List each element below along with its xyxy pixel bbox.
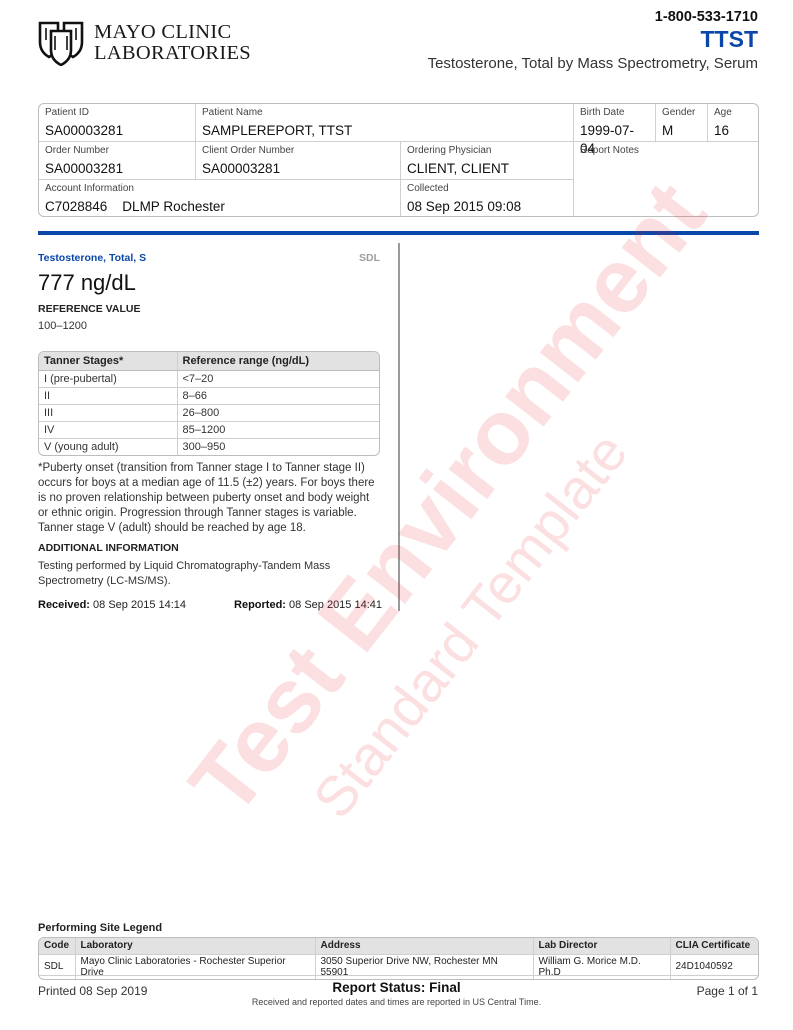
ordering-physician-label: Ordering Physician — [407, 144, 567, 157]
legend-header-clia: CLIA Certificate — [670, 938, 758, 954]
gender-cell: Gender M — [656, 104, 708, 142]
report-notes-cell: Report Notes — [574, 142, 759, 217]
puberty-footnote: *Puberty onset (transition from Tanner s… — [38, 461, 380, 536]
report-notes-label: Report Notes — [580, 144, 754, 157]
result-title: Testosterone, Total, S — [38, 251, 146, 265]
patient-id-cell: Patient ID SA00003281 — [39, 104, 196, 142]
report-header: 1-800-533-1710 TTST Testosterone, Total … — [428, 8, 758, 74]
account-information-value: C7028846 DLMP Rochester — [45, 198, 394, 216]
order-number-label: Order Number — [45, 144, 189, 157]
tanner-range: <7–20 — [177, 370, 379, 387]
reference-value-label: REFERENCE VALUE — [38, 302, 380, 316]
tanner-header-range: Reference range (ng/dL) — [177, 352, 379, 370]
column-divider — [398, 243, 400, 611]
received-value: 08 Sep 2015 14:14 — [90, 599, 186, 611]
table-row: I (pre-pubertal) <7–20 — [39, 370, 379, 387]
additional-information-label: ADDITIONAL INFORMATION — [38, 541, 380, 555]
tanner-stage: V (young adult) — [39, 438, 177, 455]
tanner-range: 300–950 — [177, 438, 379, 455]
reported-value: 08 Sep 2015 14:41 — [286, 599, 382, 611]
legend-header-laboratory: Laboratory — [75, 938, 315, 954]
age-value: 16 — [714, 122, 754, 140]
logo-line-2: LABORATORIES — [94, 43, 251, 64]
table-row: IV 85–1200 — [39, 421, 379, 438]
birth-date-cell: Birth Date 1999-07-04 — [574, 104, 656, 142]
collected-label: Collected — [407, 182, 567, 195]
result-section: Testosterone, Total, S SDL 777 ng/dL REF… — [38, 251, 380, 611]
logo-line-1: MAYO CLINIC — [94, 22, 251, 43]
reported-date: Reported: 08 Sep 2015 14:41 — [234, 599, 382, 611]
legend-header-lab-director: Lab Director — [533, 938, 670, 954]
order-number-value: SA00003281 — [45, 160, 189, 178]
table-row: V (young adult) 300–950 — [39, 438, 379, 455]
tanner-range: 8–66 — [177, 387, 379, 404]
table-row: II 8–66 — [39, 387, 379, 404]
performing-site-code: SDL — [359, 251, 380, 265]
legend-header-address: Address — [315, 938, 533, 954]
account-information-label: Account Information — [45, 182, 394, 195]
ordering-physician-value: CLIENT, CLIENT — [407, 160, 567, 178]
tanner-stage: III — [39, 404, 177, 421]
ordering-physician-cell: Ordering Physician CLIENT, CLIENT — [401, 142, 574, 180]
age-cell: Age 16 — [708, 104, 759, 142]
report-status-text: Report Status: Final — [0, 980, 793, 996]
account-information-cell: Account Information C7028846 DLMP Roches… — [39, 180, 401, 217]
tanner-range: 26–800 — [177, 404, 379, 421]
collected-value: 08 Sep 2015 09:08 — [407, 198, 567, 216]
received-date: Received: 08 Sep 2015 14:14 — [38, 599, 186, 611]
patient-info-box: Patient ID SA00003281 Patient Name SAMPL… — [38, 103, 759, 217]
order-number-cell: Order Number SA00003281 — [39, 142, 196, 180]
section-divider — [38, 231, 759, 235]
legend-header-code: Code — [39, 938, 75, 954]
result-value: 777 ng/dL — [38, 269, 380, 297]
performing-site-legend-title: Performing Site Legend — [38, 922, 162, 934]
reference-value: 100–1200 — [38, 319, 380, 333]
phone-number: 1-800-533-1710 — [428, 8, 758, 26]
collected-cell: Collected 08 Sep 2015 09:08 — [401, 180, 574, 217]
tanner-stages-table: Tanner Stages* Reference range (ng/dL) I… — [38, 351, 380, 456]
tanner-stage: IV — [39, 421, 177, 438]
mayo-clinic-logo: MAYO CLINIC LABORATORIES — [38, 20, 251, 66]
patient-id-label: Patient ID — [45, 106, 189, 119]
patient-name-label: Patient Name — [202, 106, 567, 119]
tanner-stage: I (pre-pubertal) — [39, 370, 177, 387]
client-order-number-cell: Client Order Number SA00003281 — [196, 142, 401, 180]
additional-information-text: Testing performed by Liquid Chromatograp… — [38, 559, 380, 588]
reported-label: Reported: — [234, 599, 286, 611]
patient-id-value: SA00003281 — [45, 122, 189, 140]
patient-name-cell: Patient Name SAMPLEREPORT, TTST — [196, 104, 574, 142]
tanner-range: 85–1200 — [177, 421, 379, 438]
report-status-note: Received and reported dates and times ar… — [0, 996, 793, 1008]
patient-name-value: SAMPLEREPORT, TTST — [202, 122, 567, 140]
gender-label: Gender — [662, 106, 701, 119]
performing-site-legend-table: Code Laboratory Address Lab Director CLI… — [38, 937, 759, 980]
client-order-number-value: SA00003281 — [202, 160, 394, 178]
footer-divider — [38, 975, 759, 976]
birth-date-label: Birth Date — [580, 106, 649, 119]
gender-value: M — [662, 122, 701, 140]
test-code: TTST — [428, 26, 758, 52]
tanner-stage: II — [39, 387, 177, 404]
test-name: Testosterone, Total by Mass Spectrometry… — [428, 54, 758, 74]
client-order-number-label: Client Order Number — [202, 144, 394, 157]
received-label: Received: — [38, 599, 90, 611]
report-status: Report Status: Final Received and report… — [0, 980, 793, 1008]
tanner-header-stage: Tanner Stages* — [39, 352, 177, 370]
page-number: Page 1 of 1 — [697, 984, 758, 998]
table-row: III 26–800 — [39, 404, 379, 421]
age-label: Age — [714, 106, 754, 119]
received-reported-dates: Received: 08 Sep 2015 14:14 Reported: 08… — [38, 599, 382, 611]
mayo-shield-icon — [38, 20, 84, 66]
